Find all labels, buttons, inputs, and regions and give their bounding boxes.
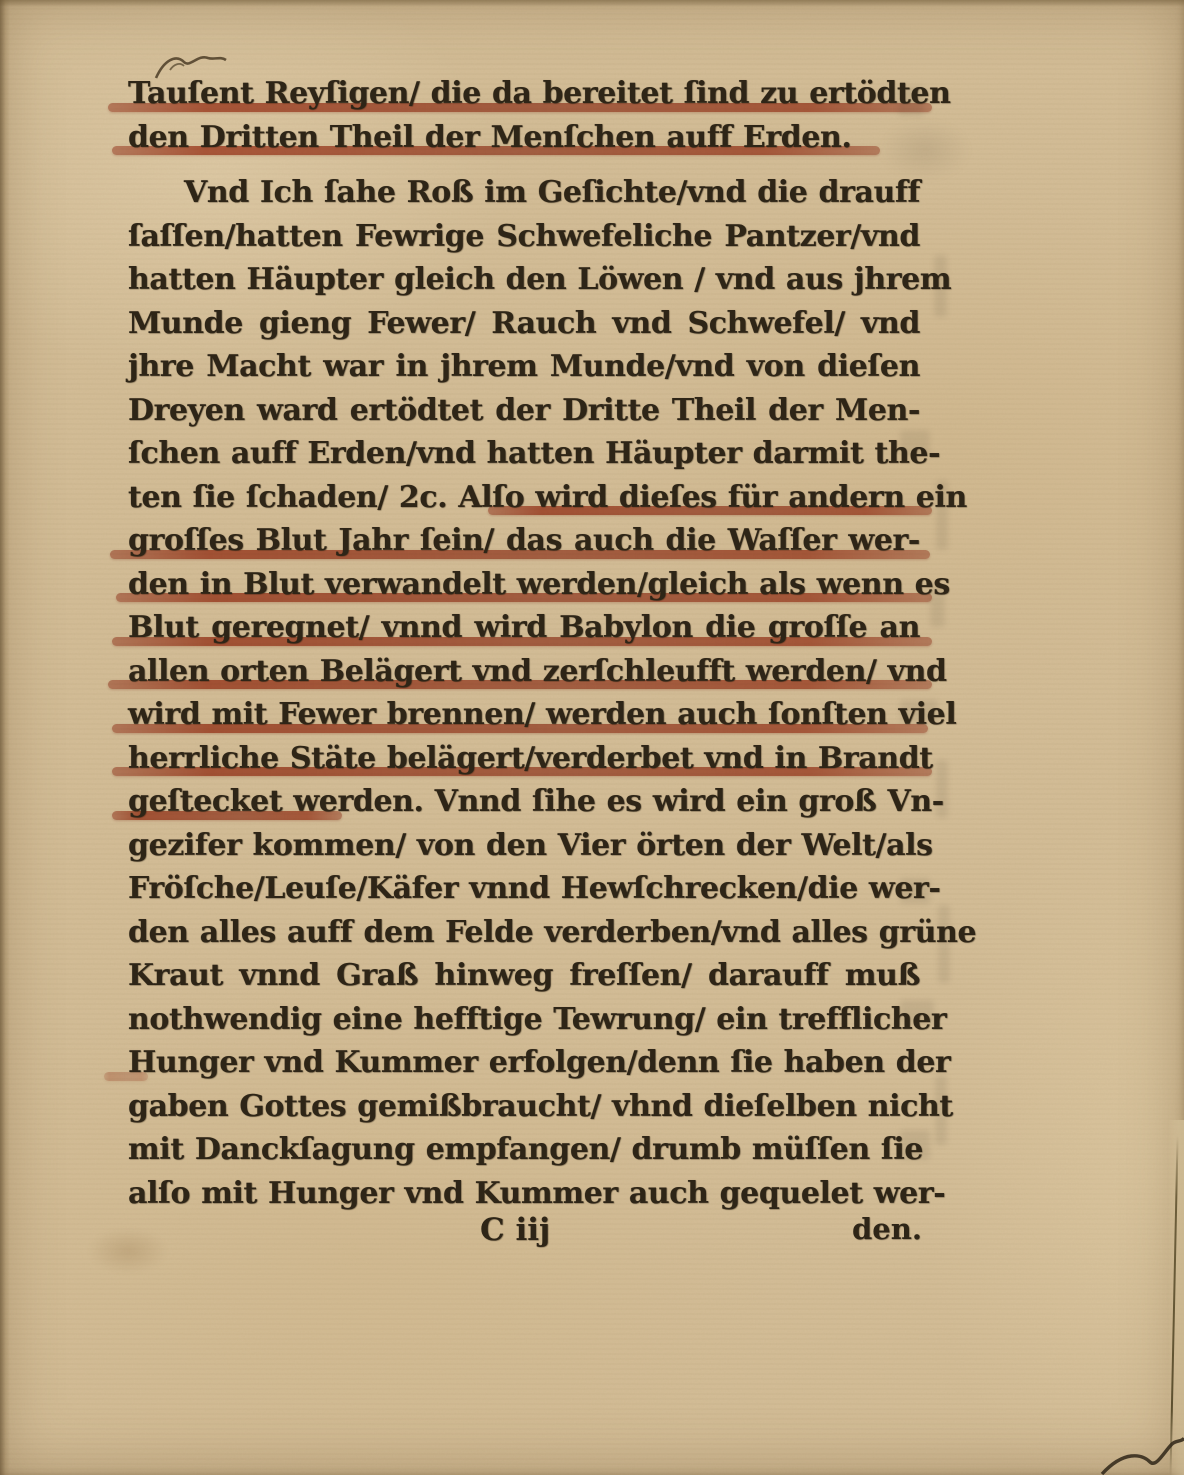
text-block: Tauſent Reyſigen/ die da bereitet ſind z… — [128, 72, 920, 1215]
text-line: wird mit Fewer brennen/ werden auch ſonſ… — [128, 693, 920, 737]
text-line-content: Kraut vnnd Graß hinweg freſſen/ darauff … — [128, 954, 920, 998]
text-line-content: nothwendig eine hefftige Tewrung/ ein tr… — [128, 998, 920, 1042]
scan-top-edge-shadow — [0, 0, 1184, 7]
text-line-content: wird mit Fewer brennen/ werden auch ſonſ… — [128, 693, 920, 737]
text-line-content: gezifer kommen/ von den Vier örten der W… — [128, 824, 920, 868]
text-line: mit Danckſagung empfangen/ drumb müſſen … — [128, 1128, 920, 1172]
text-line: geſtecket werden. Vnnd ſihe es wird ein … — [128, 780, 920, 824]
text-line: gezifer kommen/ von den Vier örten der W… — [128, 824, 920, 868]
text-line: Hunger vnd Kummer erfolgen/denn ſie habe… — [128, 1041, 920, 1085]
text-line-content: hatten Häupter gleich den Löwen / vnd au… — [128, 258, 920, 302]
text-line: ſchen auff Erden/vnd hatten Häupter darm… — [128, 432, 920, 476]
text-line: hatten Häupter gleich den Löwen / vnd au… — [128, 258, 920, 302]
text-line: nothwendig eine hefftige Tewrung/ ein tr… — [128, 998, 920, 1042]
text-line: den alles auff dem Felde verderben/vnd a… — [128, 911, 920, 955]
catchword: den. — [852, 1212, 922, 1246]
text-line: ten ſie ſchaden/ 2c. Alſo wird dieſes fü… — [128, 476, 920, 520]
text-line: den Dritten Theil der Menſchen auff Erde… — [128, 116, 920, 160]
text-line-content: ſaſſen/hatten Fewrige Schwefeliche Pantz… — [128, 215, 920, 259]
text-line: Blut geregnet/ vnnd wird Babylon die gro… — [128, 606, 920, 650]
scan-left-edge-shadow — [0, 0, 10, 1475]
text-line-content: alſo mit Hunger vnd Kummer auch gequelet… — [128, 1172, 920, 1216]
text-line: Kraut vnnd Graß hinweg freſſen/ darauff … — [128, 954, 920, 998]
text-line-content: gaben Gottes gemißbraucht/ vhnd dieſelbe… — [128, 1085, 920, 1129]
text-line-content: Munde gieng Fewer/ Rauch vnd Schwefel/ v… — [128, 302, 920, 346]
text-line: groſſes Blut Jahr ſein/ das auch die Waſ… — [128, 519, 920, 563]
text-line: ſaſſen/hatten Fewrige Schwefeliche Pantz… — [128, 215, 920, 259]
text-line: Vnd Ich ſahe Roß im Geſichte/vnd die dra… — [128, 171, 920, 215]
text-line-content: Vnd Ich ſahe Roß im Geſichte/vnd die dra… — [128, 171, 920, 215]
text-line: allen orten Belägert vnd zerſchleufft we… — [128, 650, 920, 694]
text-line: Fröſche/Leuſe/Käfer vnnd Hewſchrecken/di… — [128, 867, 920, 911]
signature-mark: C iij — [480, 1212, 550, 1248]
text-line-content: ſchen auff Erden/vnd hatten Häupter darm… — [128, 432, 920, 476]
text-line-content: Dreyen ward ertödtet der Dritte Theil de… — [128, 389, 920, 433]
text-line-content: mit Danckſagung empfangen/ drumb müſſen … — [128, 1128, 920, 1172]
text-line: jhre Macht war in jhrem Munde/vnd von di… — [128, 345, 920, 389]
text-line: Munde gieng Fewer/ Rauch vnd Schwefel/ v… — [128, 302, 920, 346]
text-line-content: geſtecket werden. Vnnd ſihe es wird ein … — [128, 780, 920, 824]
text-line-content: ten ſie ſchaden/ 2c. Alſo wird dieſes fü… — [128, 476, 920, 520]
text-line: Dreyen ward ertödtet der Dritte Theil de… — [128, 389, 920, 433]
manuscript-page: Tauſent Reyſigen/ die da bereitet ſind z… — [0, 0, 1184, 1475]
text-line: den in Blut verwandelt werden/gleich als… — [128, 563, 920, 607]
text-line-content: groſſes Blut Jahr ſein/ das auch die Waſ… — [128, 519, 920, 563]
text-line-content: Hunger vnd Kummer erfolgen/denn ſie habe… — [128, 1041, 920, 1085]
text-line-content: Tauſent Reyſigen/ die da bereitet ſind z… — [128, 72, 920, 116]
text-line-content: jhre Macht war in jhrem Munde/vnd von di… — [128, 345, 920, 389]
text-line-content: Fröſche/Leuſe/Käfer vnnd Hewſchrecken/di… — [128, 867, 920, 911]
text-line-content: den in Blut verwandelt werden/gleich als… — [128, 563, 920, 607]
text-line-content: herrliche Stäte belägert/verderbet vnd i… — [128, 737, 920, 781]
text-line-content: den Dritten Theil der Menſchen auff Erde… — [128, 116, 841, 160]
text-line: herrliche Stäte belägert/verderbet vnd i… — [128, 737, 920, 781]
text-line-content: Blut geregnet/ vnnd wird Babylon die gro… — [128, 606, 920, 650]
text-line: Tauſent Reyſigen/ die da bereitet ſind z… — [128, 72, 920, 116]
text-line: gaben Gottes gemißbraucht/ vhnd dieſelbe… — [128, 1085, 920, 1129]
text-line: alſo mit Hunger vnd Kummer auch gequelet… — [128, 1172, 920, 1216]
text-line-content: allen orten Belägert vnd zerſchleufft we… — [128, 650, 920, 694]
footer-line: C iij den. — [128, 1212, 920, 1256]
text-line-content: den alles auff dem Felde verderben/vnd a… — [128, 911, 920, 955]
